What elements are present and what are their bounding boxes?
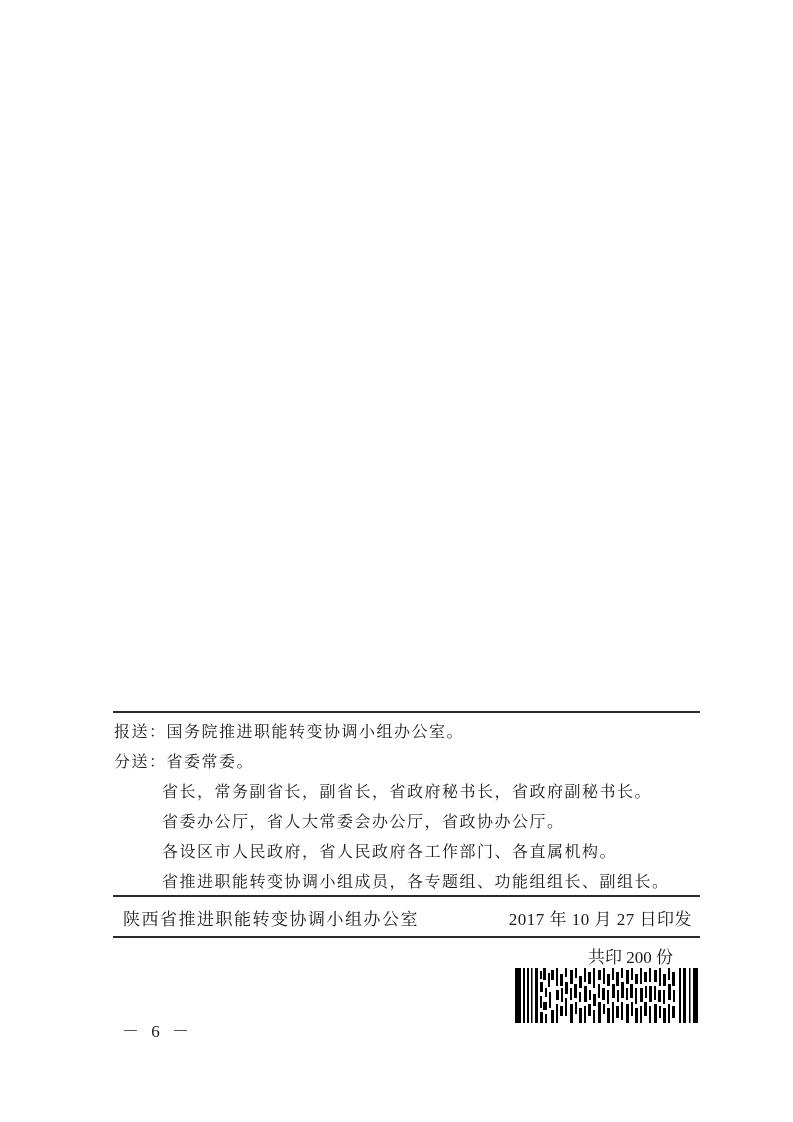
bottom-rule	[113, 936, 700, 938]
copy-to-line-4: 省推进职能转变协调小组成员，各专题组、功能组组长、副组长。	[162, 872, 670, 892]
copy-to-label: 分送：	[114, 752, 167, 771]
report-to-line: 报送：国务院推进职能转变协调小组办公室。	[114, 722, 464, 742]
copy-to-line-2: 省委办公厅，省人大常委会办公厅，省政协办公厅。	[162, 812, 565, 832]
copy-to-line: 分送：省委常委。	[114, 752, 254, 772]
issuer: 陕西省推进职能转变协调小组办公室	[123, 905, 419, 930]
copy-to-line-3: 各设区市人民政府，省人民政府各工作部门、各直属机构。	[162, 842, 617, 862]
top-rule	[113, 711, 700, 713]
pdf417-barcode-icon	[515, 968, 698, 1023]
copies-count: 共印 200 份	[588, 943, 673, 968]
issue-date: 2017 年 10 月 27 日印发	[509, 905, 692, 930]
copy-to-text: 省委常委。	[167, 752, 255, 771]
middle-rule	[113, 895, 700, 897]
report-to-text: 国务院推进职能转变协调小组办公室。	[167, 722, 465, 741]
copy-to-line-1: 省长，常务副省长，副省长，省政府秘书长，省政府副秘书长。	[162, 782, 652, 802]
report-to-label: 报送：	[114, 722, 167, 741]
page-number: － 6 －	[122, 1017, 193, 1042]
